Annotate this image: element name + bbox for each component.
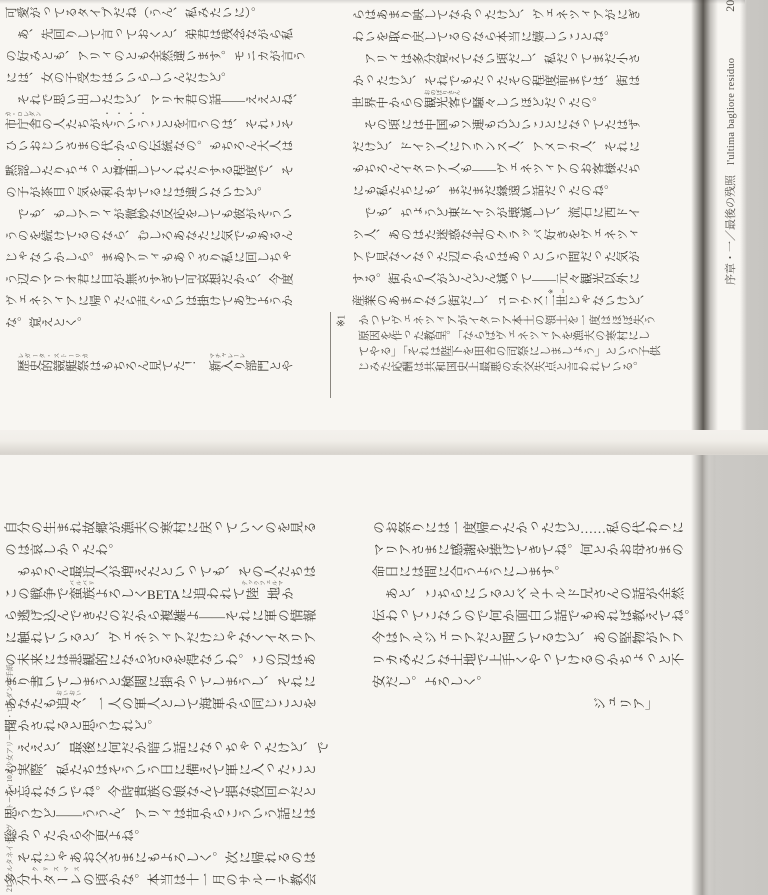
page20-page-number: 20 [723, 0, 738, 12]
footnote-rule [330, 312, 331, 398]
page21-lower-text-block: のお祭りには一度帰りたかったけど……私の代わりにマリアさまに感謝を捧げてきてね。… [372, 518, 712, 724]
page20-upper-text-block: 可愛がってるタイプだね（うん、私みたいに）。 あ、先回りして言っておくと、弟君は… [5, 3, 308, 375]
page-21: 自分の生まれ故郷が漁夫の寒村に戻っていくのを見るのは哀しかったわ。 もちろん最近… [0, 455, 768, 895]
page20-italian-subtitle: l'ultima bagliore residuo [726, 58, 737, 165]
page20-lower-text-block: らはあまり映してなかったけど、ヴェネツィアがにぎわいを取り戻してるのなら本当に嬉… [352, 4, 653, 318]
page-20: 可愛がってるタイプだね（うん、私みたいに）。 あ、先回りして言っておくと、弟君は… [0, 0, 768, 430]
page21-page-number: 21 [5, 884, 14, 892]
page21-running-footer: 21 オルタネイティヴ ストーリィ10／少女アリーチェ・ロレダンの手紙 [5, 664, 15, 892]
page20-running-header: 序章・一／最後の残照 l'ultima bagliore residuo 20 [722, 0, 738, 285]
page21-upper-text-block: 自分の生まれ故郷が漁夫の寒村に戻っていくのを見るのは哀しかったわ。 もちろん最近… [4, 518, 344, 895]
page20-footnote: ※1 かつてヴェネツィアがイタリア本土の領土を一度はほぼ失う 原因を作った教皇。… [336, 314, 708, 394]
page20-chapter-title: 序章・一／最後の残照 [722, 175, 738, 285]
scanned-book-spread: 可愛がってるタイプだね（うん、私みたいに）。 あ、先回りして言っておくと、弟君は… [0, 0, 768, 895]
page21-book-title: オルタネイティヴ ストーリィ10／少女アリーチェ・ロレダンの手紙 [5, 664, 15, 879]
